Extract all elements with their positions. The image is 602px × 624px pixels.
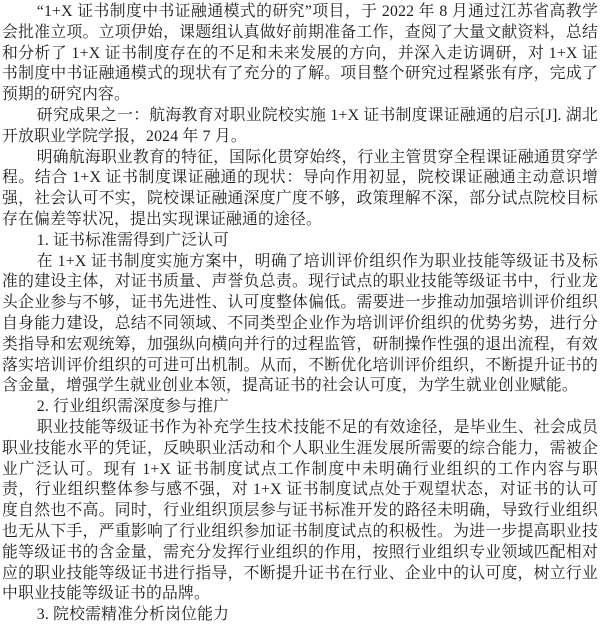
paragraph-section-2-body: 职业技能等级证书作为补充学生技术技能不足的有效途径，是毕业生、社会成员职业技能水… — [2, 418, 598, 605]
document-page: “1+X 证书制度中书证融通模式的研究”项目，于 2022 年 8 月通过江苏省… — [0, 0, 602, 624]
paragraph-research-summary: 明确航海职业教育的特征，国际化贯穿始终，行业主管贯穿全程课证融通贯穿学程。结合 … — [2, 148, 598, 231]
paragraph-project-approval-intro: “1+X 证书制度中书证融通模式的研究”项目，于 2022 年 8 月通过江苏省… — [2, 2, 598, 106]
section-heading-1-certificate-standard: 1. 证书标准需得到广泛认可 — [2, 231, 598, 252]
section-heading-2-industry-organization: 2. 行业组织需深度参与推广 — [2, 397, 598, 418]
section-heading-3-college-position-analysis: 3. 院校需精准分析岗位能力 — [2, 605, 598, 624]
paragraph-section-1-body: 在 1+X 证书制度实施方案中，明确了培训评价组织作为职业技能等级证书及标准的建… — [2, 252, 598, 398]
paragraph-research-result-citation: 研究成果之一：航海教育对职业院校实施 1+X 证书制度课证融通的启示[J]. 湖… — [2, 106, 598, 148]
